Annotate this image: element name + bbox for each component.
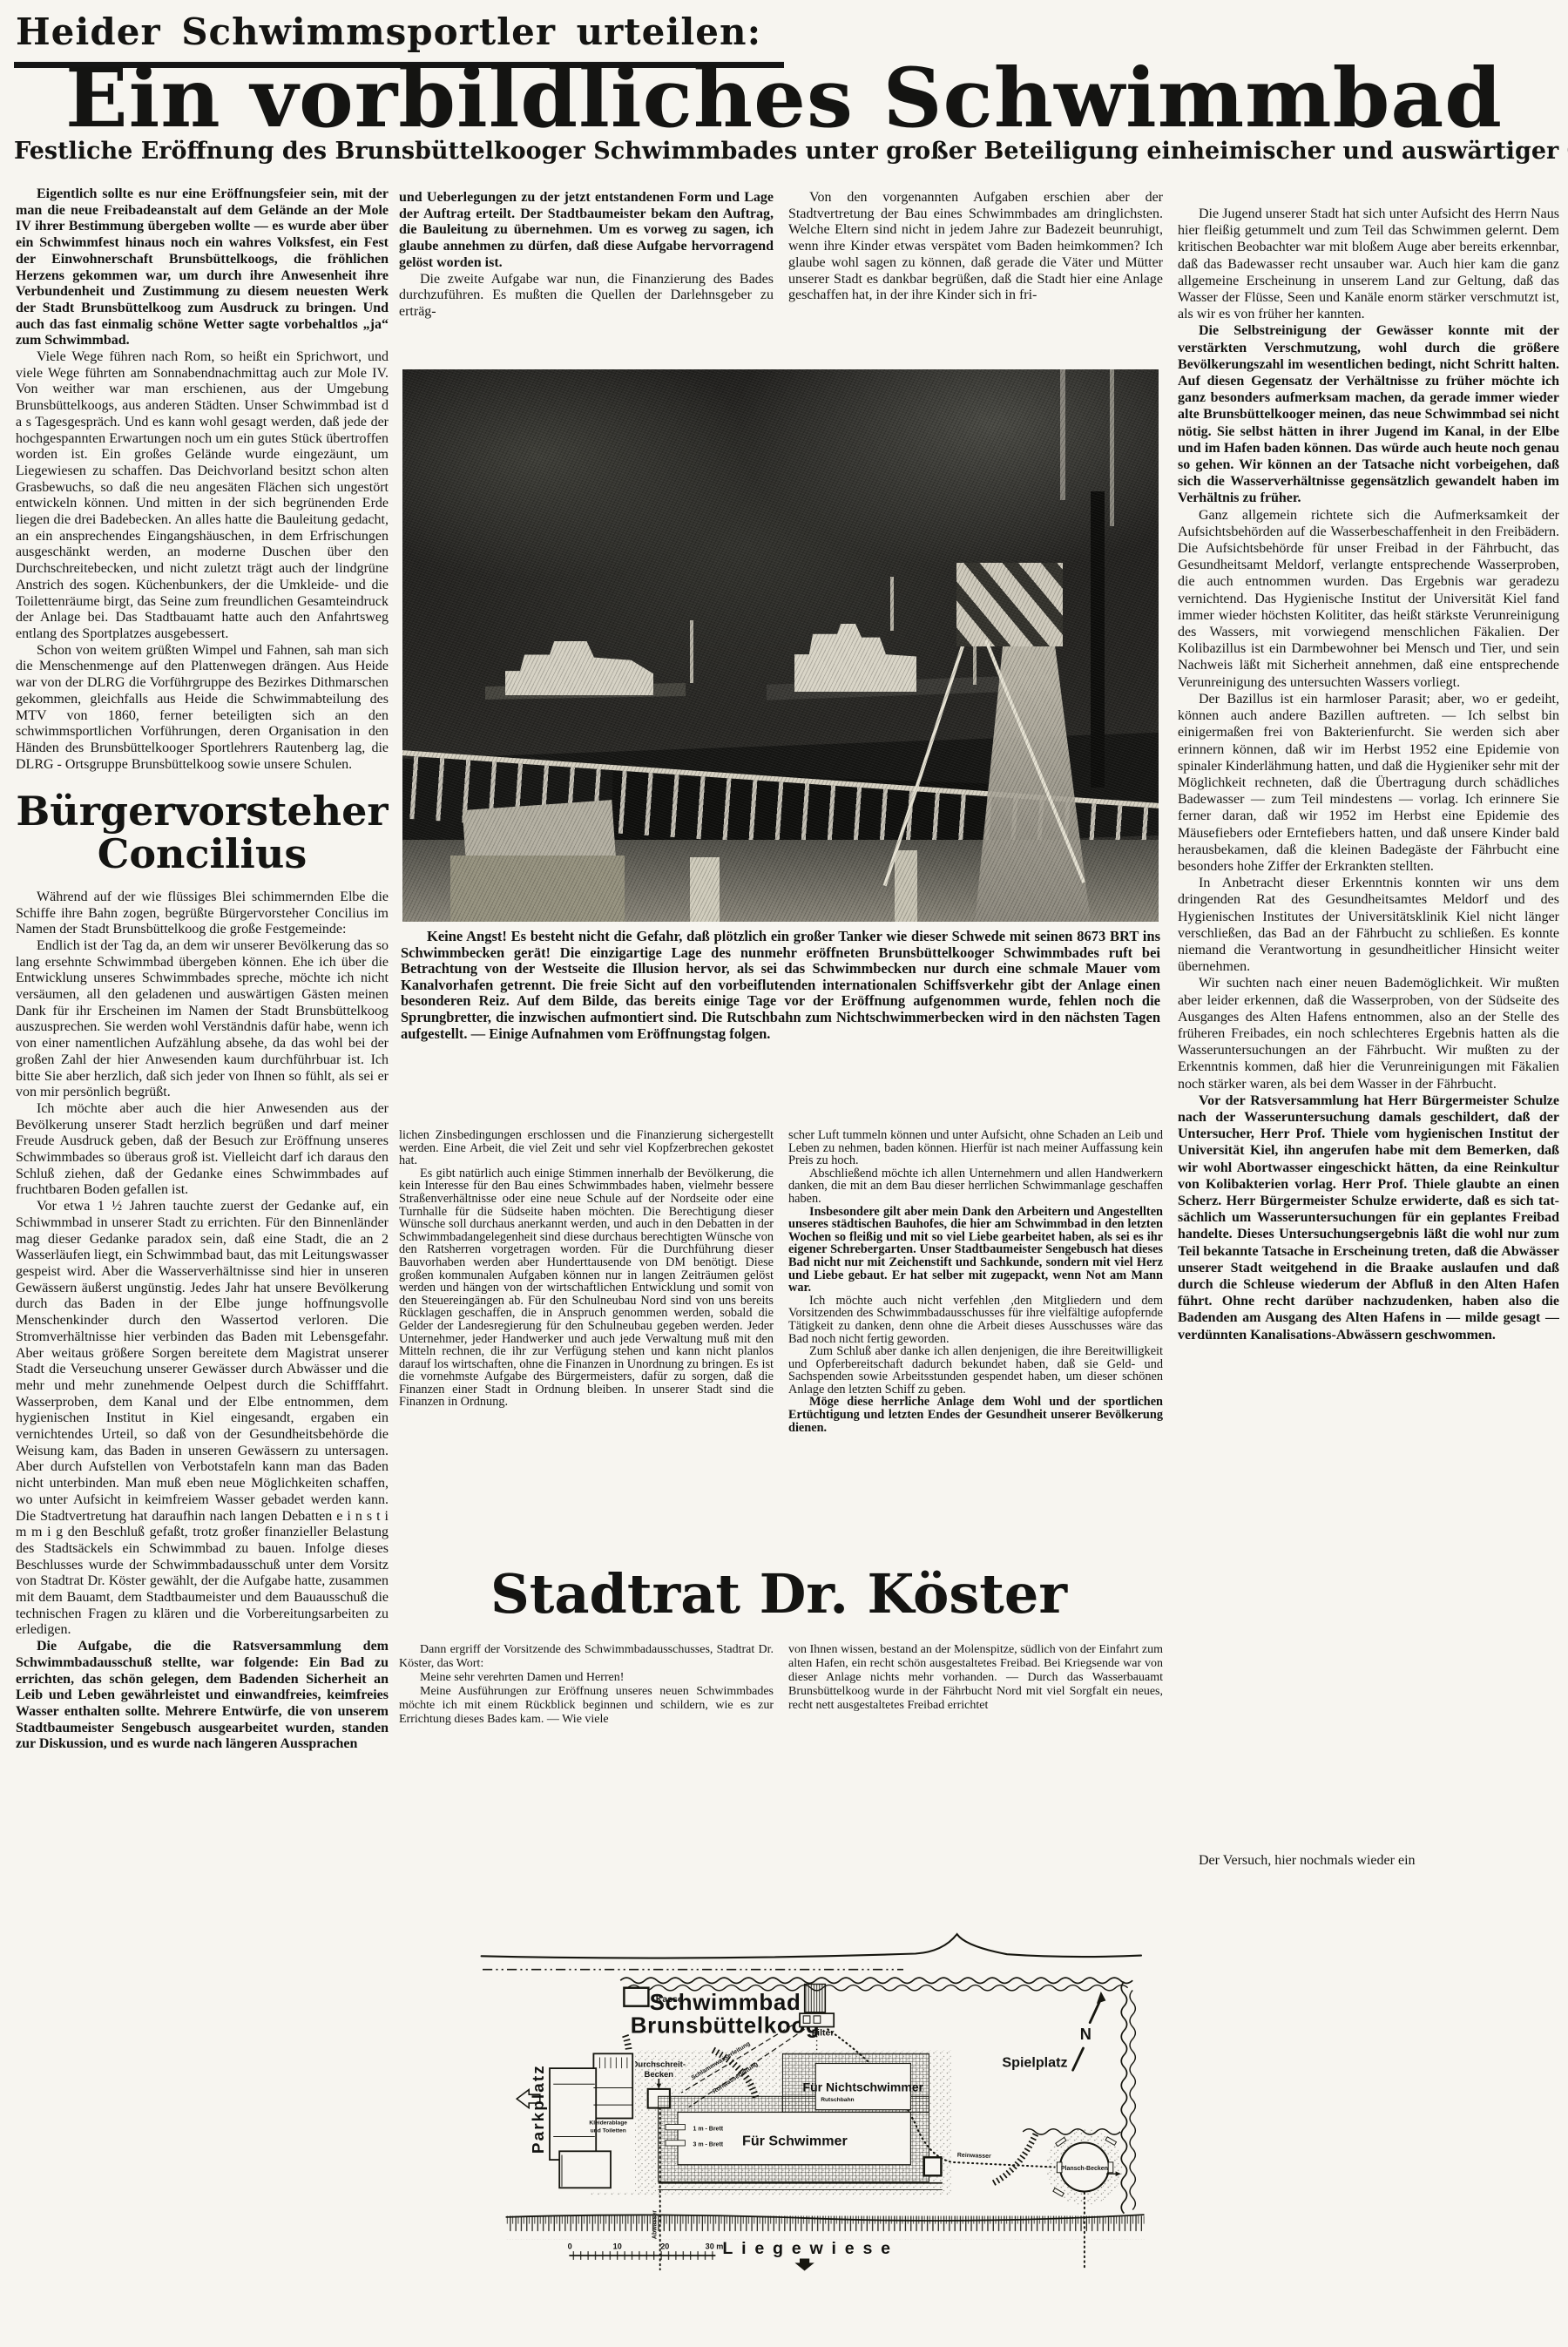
diagram-walkway <box>994 2133 1037 2182</box>
diagram-scale-0: 0 <box>568 2242 572 2250</box>
paragraph: Von den vorgenannten Aufgaben erschien a… <box>788 190 1163 304</box>
diagram-label-nichtschwimmer: Für Nichtschwimmer <box>803 2080 924 2094</box>
paragraph: Zum Schluß aber danke ich allen denjenig… <box>788 1345 1163 1396</box>
diagram-building <box>550 2068 596 2160</box>
paragraph: Es gibt natürlich auch einige Stimmen in… <box>399 1167 774 1409</box>
diagram-label-spielplatz: Spielplatz <box>1002 2055 1067 2071</box>
paragraph: lichen Zinsbedingungen erschlossen und d… <box>399 1129 774 1167</box>
paragraph: Endlich ist der Tag da, an dem wir unser… <box>16 938 389 1101</box>
diagram-label-reinwasser: Reinwasser <box>957 2153 991 2160</box>
newspaper-page: Heider Schwimmsportler urteilen: Ein vor… <box>0 0 1568 2347</box>
caption-text: Keine Angst! Es besteht nicht die Gefahr… <box>401 929 1160 1042</box>
paragraph: Ich möchte aber auch die hier Anwesenden… <box>16 1101 389 1199</box>
paragraph: Eigentlich sollte es nur eine Eröffnungs… <box>16 186 389 349</box>
diagram-filter-tower <box>805 1985 826 2012</box>
diagram-boundary-line <box>482 1934 1141 1958</box>
diagram-scale-30m: 30 m <box>706 2242 724 2250</box>
column-2-bottom: Dann ergriff der Vorsitzende des Schwimm… <box>399 1643 774 1782</box>
diagram-label-north: N <box>1080 2026 1092 2043</box>
diagram-north-needle <box>1073 2048 1084 2070</box>
diagram-liegewiese-arrow <box>794 2259 814 2271</box>
diagram-hedge-right-inner <box>1130 1991 1135 2210</box>
paragraph: Schon von weitem grüßten Wimpel und Fahn… <box>16 643 389 774</box>
diagram-dike-grass <box>506 2216 1145 2240</box>
diagram-kasse-building <box>624 1988 648 2006</box>
paragraph: Insbesondere gilt aber mein Dank den Arb… <box>788 1206 1163 1295</box>
section-heading-koester: Stadtrat Dr. Köster <box>399 1562 1159 1626</box>
diagram-title-line1: Schwimmbad <box>650 1991 801 2015</box>
paragraph: Die Jugend unserer Stadt hat sich unter … <box>1178 206 1559 322</box>
site-plan-diagram: Kasse Schwimmbad Brunsbüttelkoog Filter … <box>470 1847 1568 2347</box>
paragraph: Vor etwa 1 ½ Jahren tauchte zuerst der G… <box>16 1199 389 1639</box>
paragraph: von Ihnen wissen, bestand an der Molensp… <box>788 1643 1163 1713</box>
paragraph: Der Bazillus ist ein harmloser Parasit; … <box>1178 691 1559 875</box>
diagram-label-kleiderablage-2: und Toiletten <box>591 2128 626 2134</box>
paragraph: In Anbetracht dieser Erkenntnis konnten … <box>1178 875 1559 975</box>
paragraph: Wir suchten nach einer neuen Bademöglich… <box>1178 975 1559 1092</box>
article-photo <box>402 369 1159 922</box>
diagram-hedge-right <box>1121 1982 1126 2214</box>
paragraph: Viele Wege führen nach Rom, so heißt ein… <box>16 349 389 643</box>
diagram-diving-board-3m <box>666 2141 685 2146</box>
paragraph: Ganz allgemein richtete sich die Aufmerk… <box>1178 507 1559 691</box>
paragraph: Abschließend möchte ich allen Unternehme… <box>788 1167 1163 1206</box>
column-3-bottom: von Ihnen wissen, bestand an der Molensp… <box>788 1643 1163 1774</box>
paragraph: scher Luft tummeln können und unter Aufs… <box>788 1129 1163 1167</box>
paragraph: Meine Ausführungen zur Eröffnung unseres… <box>399 1685 774 1727</box>
diagram-label-durchschreitbecken-1: Durchschreit- <box>632 2060 686 2070</box>
diagram-hedge-top-inner <box>628 1985 1128 1991</box>
paragraph: Vor der Ratsversammlung hat Herr Bürgerm… <box>1178 1092 1559 1343</box>
diagram-label-rutschbahn: Rutschbahn <box>821 2097 854 2103</box>
diagram-label-parkplatz: Parkplatz <box>530 2064 548 2154</box>
diagram-diving-board-1m <box>666 2125 685 2130</box>
photo-caption: Keine Angst! Es besteht nicht die Gefahr… <box>401 929 1160 1042</box>
paragraph: Die Aufgabe, die die Ratsversammlung dem… <box>16 1639 389 1753</box>
diagram-label-kleiderablage-1: Kleiderablage <box>589 2120 627 2127</box>
paragraph: Dann ergriff der Vorsitzende des Schwimm… <box>399 1643 774 1671</box>
paragraph: Meine sehr verehrten Damen und Herren! <box>399 1671 774 1685</box>
diagram-label-plansch: Plansch-Becken <box>1061 2166 1108 2172</box>
paragraph: Während auf der wie flüssiges Blei schim… <box>16 889 389 938</box>
diagram-label-brett-1m: 1 m - Brett <box>693 2127 724 2133</box>
paragraph: Die Selbstreinigung der Gewässer konnte … <box>1178 322 1559 506</box>
column-3-mid: scher Luft tummeln können und unter Aufs… <box>788 1129 1163 1558</box>
column-2-top: und Ueberlegungen zu der jetzt entstande… <box>399 190 774 369</box>
diagram-label-abwasser: Abwasser <box>652 2210 659 2239</box>
paragraph: Die zweite Aufgabe war nun, die Finanzie… <box>399 272 774 321</box>
section-heading-concilius: Bürgervorsteher Concilius <box>16 790 389 876</box>
diagram-label-filter: Filter <box>812 2027 835 2038</box>
column-3-top: Von den vorgenannten Aufgaben erschien a… <box>788 190 1163 369</box>
diagram-scale-10: 10 <box>613 2242 622 2250</box>
diagram-plansch-ladder <box>1108 2162 1113 2173</box>
diagram-label-schwimmer: Für Schwimmer <box>742 2133 848 2148</box>
sub-headline: Festliche Eröffnung des Brunsbüttelkooge… <box>14 138 1554 165</box>
paragraph: Ich möchte auch nicht verfehlen ,den Mit… <box>788 1295 1163 1345</box>
diagram-hedge-top <box>620 1978 1132 1983</box>
diagram-scale-20: 20 <box>660 2242 669 2250</box>
diagram-north-arrowhead <box>1097 1992 1106 2004</box>
diagram-label-liegewiese: Liegewiese <box>722 2239 899 2258</box>
diagram-label-brett-3m: 3 m - Brett <box>693 2142 724 2148</box>
main-headline: Ein vorbildliches Schwimmbad <box>26 51 1542 146</box>
diagram-label-durchschreitbecken-2: Becken <box>645 2070 674 2080</box>
column-1: Eigentlich sollte es nur eine Eröffnungs… <box>16 186 389 2338</box>
photo-grain-overlay <box>402 369 1159 922</box>
diagram-building <box>559 2151 611 2188</box>
diagram-pump-house <box>924 2157 942 2175</box>
paragraph: und Ueberlegungen zu der jetzt entstande… <box>399 190 774 272</box>
paragraph: Möge diese herrliche Anlage dem Wohl und… <box>788 1396 1163 1434</box>
column-2-mid: lichen Zinsbedingungen erschlossen und d… <box>399 1129 774 1558</box>
column-4: Die Jugend unserer Stadt hat sich unter … <box>1178 206 1559 1850</box>
